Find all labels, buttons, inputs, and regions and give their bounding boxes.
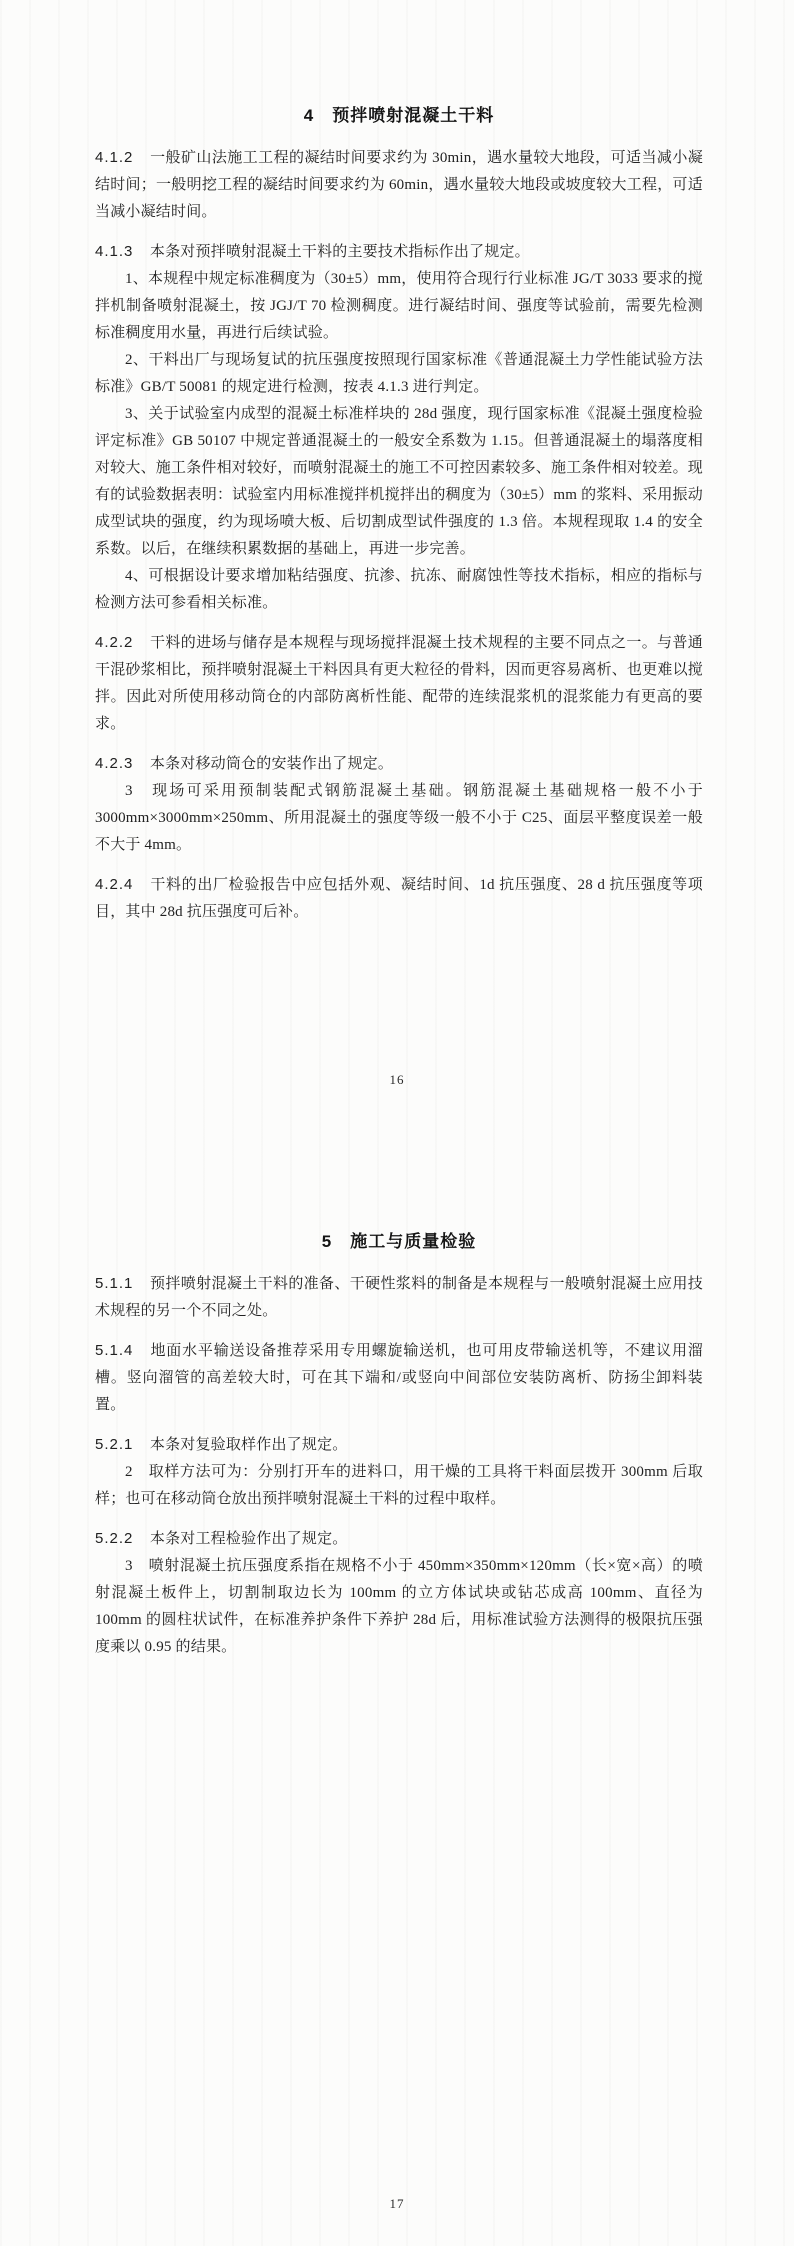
scanned-document: 4 预拌喷射混凝土干料 4.1.2一般矿山法施工工程的凝结时间要求约为 30mi…	[0, 0, 794, 2246]
clause-number: 5.2.1	[95, 1436, 133, 1453]
clause-5-2-1-item-2: 2 取样方法可为：分别打开车的进料口，用干燥的工具将干料面层拨开 300mm 后…	[95, 1459, 703, 1513]
clause-text: 本条对复验取样作出了规定。	[150, 1437, 348, 1453]
document-page-2: 5 施工与质量检验 5.1.1预拌喷射混凝土干料的准备、干硬性浆料的制备是本规程…	[95, 1232, 703, 1661]
clause-4-2-2-paragraph: 4.2.2干料的进场与储存是本规程与现场搅拌混凝土技术规程的主要不同点之一。与普…	[95, 629, 703, 738]
clause-text: 一般矿山法施工工程的凝结时间要求约为 30min，遇水量较大地段，可适当减小凝结…	[95, 150, 703, 220]
clause-5-1-4-paragraph: 5.1.4地面水平输送设备推荐采用专用螺旋输送机，也可用皮带输送机等，不建议用溜…	[95, 1337, 703, 1419]
clause-text: 2、干料出厂与现场复试的抗压强度按照现行国家标准《普通混凝土力学性能试验方法标准…	[95, 352, 703, 395]
clause-4-1-3-item-1: 1、本规程中规定标准稠度为（30±5）mm，使用符合现行行业标准 JG/T 30…	[95, 266, 703, 347]
clause-4-1-3-item-3: 3、关于试验室内成型的混凝土标准样块的 28d 强度，现行国家标准《混凝土强度检…	[95, 401, 703, 563]
chapter-4-heading: 4 预拌喷射混凝土干料	[95, 106, 703, 126]
clause-number: 4.2.2	[95, 634, 133, 651]
clause-number: 4.1.2	[95, 149, 133, 166]
clause-number: 5.1.1	[95, 1275, 133, 1292]
clause-4-2-3-item-3: 3 现场可采用预制装配式钢筋混凝土基础。钢筋混凝土基础规格一般不小于 3000m…	[95, 778, 703, 859]
clause-number: 4.1.3	[95, 243, 133, 260]
clause-text: 本条对工程检验作出了规定。	[150, 1531, 348, 1547]
chapter-5-heading: 5 施工与质量检验	[95, 1232, 703, 1252]
clause-5-1-1-paragraph: 5.1.1预拌喷射混凝土干料的准备、干硬性浆料的制备是本规程与一般喷射混凝土应用…	[95, 1270, 703, 1325]
clause-text: 干料的出厂检验报告中应包括外观、凝结时间、1d 抗压强度、28 d 抗压强度等项…	[95, 877, 703, 920]
clause-text: 预拌喷射混凝土干料的准备、干硬性浆料的制备是本规程与一般喷射混凝土应用技术规程的…	[95, 1276, 703, 1319]
clause-number: 5.1.4	[95, 1342, 133, 1359]
clause-text: 本条对移动筒仓的安装作出了规定。	[150, 756, 393, 772]
clause-text: 3 喷射混凝土抗压强度系指在规格不小于 450mm×350mm×120mm（长×…	[95, 1558, 703, 1655]
clause-4-1-2-paragraph: 4.1.2一般矿山法施工工程的凝结时间要求约为 30min，遇水量较大地段，可适…	[95, 144, 703, 226]
clause-text: 2 取样方法可为：分别打开车的进料口，用干燥的工具将干料面层拨开 300mm 后…	[95, 1464, 703, 1507]
clause-4-1-3-item-2: 2、干料出厂与现场复试的抗压强度按照现行国家标准《普通混凝土力学性能试验方法标准…	[95, 347, 703, 401]
clause-4-2-3-paragraph: 4.2.3本条对移动筒仓的安装作出了规定。	[95, 750, 703, 778]
clause-number: 5.2.2	[95, 1530, 133, 1547]
page-number-17: 17	[0, 2196, 794, 2212]
clause-5-2-1-paragraph: 5.2.1本条对复验取样作出了规定。	[95, 1431, 703, 1459]
document-page-1: 4 预拌喷射混凝土干料 4.1.2一般矿山法施工工程的凝结时间要求约为 30mi…	[95, 106, 703, 926]
clause-5-2-2-paragraph: 5.2.2本条对工程检验作出了规定。	[95, 1525, 703, 1553]
clause-text: 4、可根据设计要求增加粘结强度、抗渗、抗冻、耐腐蚀性等技术指标，相应的指标与检测…	[95, 568, 703, 611]
clause-4-1-3-paragraph: 4.1.3本条对预拌喷射混凝土干料的主要技术指标作出了规定。	[95, 238, 703, 266]
clause-number: 4.2.4	[95, 876, 133, 893]
clause-text: 3 现场可采用预制装配式钢筋混凝土基础。钢筋混凝土基础规格一般不小于 3000m…	[95, 783, 703, 853]
clause-5-2-2-item-3: 3 喷射混凝土抗压强度系指在规格不小于 450mm×350mm×120mm（长×…	[95, 1553, 703, 1661]
clause-text: 地面水平输送设备推荐采用专用螺旋输送机，也可用皮带输送机等，不建议用溜槽。竖向溜…	[95, 1343, 703, 1413]
page-number-16: 16	[0, 1072, 794, 1088]
clause-4-2-4-paragraph: 4.2.4干料的出厂检验报告中应包括外观、凝结时间、1d 抗压强度、28 d 抗…	[95, 871, 703, 926]
clause-4-1-3-item-4: 4、可根据设计要求增加粘结强度、抗渗、抗冻、耐腐蚀性等技术指标，相应的指标与检测…	[95, 563, 703, 617]
clause-text: 3、关于试验室内成型的混凝土标准样块的 28d 强度，现行国家标准《混凝土强度检…	[95, 406, 703, 557]
clause-text: 干料的进场与储存是本规程与现场搅拌混凝土技术规程的主要不同点之一。与普通干混砂浆…	[95, 635, 703, 732]
clause-text: 1、本规程中规定标准稠度为（30±5）mm，使用符合现行行业标准 JG/T 30…	[95, 271, 703, 341]
clause-text: 本条对预拌喷射混凝土干料的主要技术指标作出了规定。	[150, 244, 530, 260]
clause-number: 4.2.3	[95, 755, 133, 772]
